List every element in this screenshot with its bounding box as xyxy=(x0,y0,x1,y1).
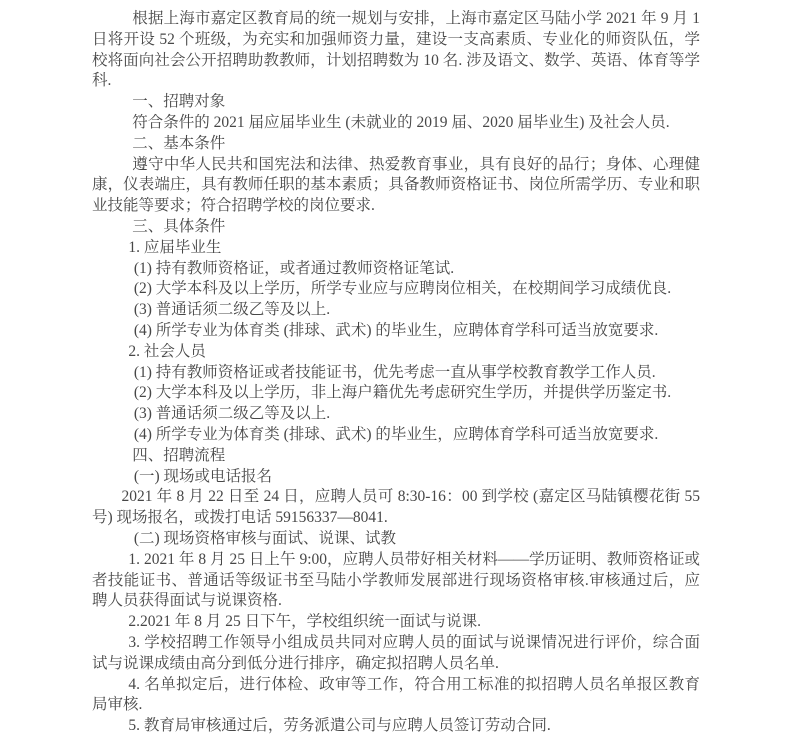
section-heading-process: 四、招聘流程 xyxy=(92,446,700,467)
item-social: 2. 社会人员 xyxy=(92,342,700,363)
section-heading-specific-cond: 三、具体条件 xyxy=(92,217,700,238)
process-step-4: 4. 名单拟定后，进行体检、政审等工作，符合用工标准的拟招聘人员名单报区教育局审… xyxy=(92,675,700,717)
intro-paragraph: 根据上海市嘉定区教育局的统一规划与安排，上海市嘉定区马陆小学 2021 年 9 … xyxy=(92,9,700,92)
paragraph-basic-cond: 遵守中华人民共和国宪法和法律、热爱教育事业，具有良好的品行；身体、心理健康，仪表… xyxy=(92,155,700,217)
process-step-3: 3. 学校招聘工作领导小组成员共同对应聘人员的面试与说课情况进行评价，综合面试与… xyxy=(92,633,700,675)
item-social-1: (1) 持有教师资格证或者技能证书，优先考虑一直从事学校教育教学工作人员. xyxy=(92,363,700,384)
item-social-3: (3) 普通话须二级乙等及以上. xyxy=(92,404,700,425)
section-heading-recruit-target: 一、招聘对象 xyxy=(92,92,700,113)
item-graduates: 1. 应届毕业生 xyxy=(92,238,700,259)
process-step-1: 1. 2021 年 8 月 25 日上午 9:00，应聘人员带好相关材料——学历… xyxy=(92,550,700,612)
item-graduates-1: (1) 持有教师资格证，或者通过教师资格证笔试. xyxy=(92,259,700,280)
item-graduates-3: (3) 普通话须二级乙等及以上. xyxy=(92,300,700,321)
subheading-review-interview: (二) 现场资格审核与面试、说课、试教 xyxy=(92,529,700,550)
item-social-4: (4) 所学专业为体育类 (排球、武术) 的毕业生，应聘体育学科可适当放宽要求. xyxy=(92,425,700,446)
paragraph-recruit-target: 符合条件的 2021 届应届毕业生 (未就业的 2019 届、2020 届毕业生… xyxy=(92,113,700,134)
paragraph-registration-info: 2021 年 8 月 22 日至 24 日，应聘人员可 8:30-16：00 到… xyxy=(92,487,700,529)
item-graduates-2: (2) 大学本科及以上学历，所学专业应与应聘岗位相关，在校期间学习成绩优良. xyxy=(92,279,700,300)
process-step-2: 2.2021 年 8 月 25 日下午，学校组织统一面试与说课. xyxy=(92,612,700,633)
process-step-5: 5. 教育局审核通过后，劳务派遣公司与应聘人员签订劳动合同. xyxy=(92,716,700,737)
subheading-registration: (一) 现场或电话报名 xyxy=(92,467,700,488)
item-social-2: (2) 大学本科及以上学历，非上海户籍优先考虑研究生学历，并提供学历鉴定书. xyxy=(92,383,700,404)
section-heading-basic-cond: 二、基本条件 xyxy=(92,134,700,155)
document-page: 根据上海市嘉定区教育局的统一规划与安排，上海市嘉定区马陆小学 2021 年 9 … xyxy=(0,0,793,753)
item-graduates-4: (4) 所学专业为体育类 (排球、武术) 的毕业生，应聘体育学科可适当放宽要求. xyxy=(92,321,700,342)
